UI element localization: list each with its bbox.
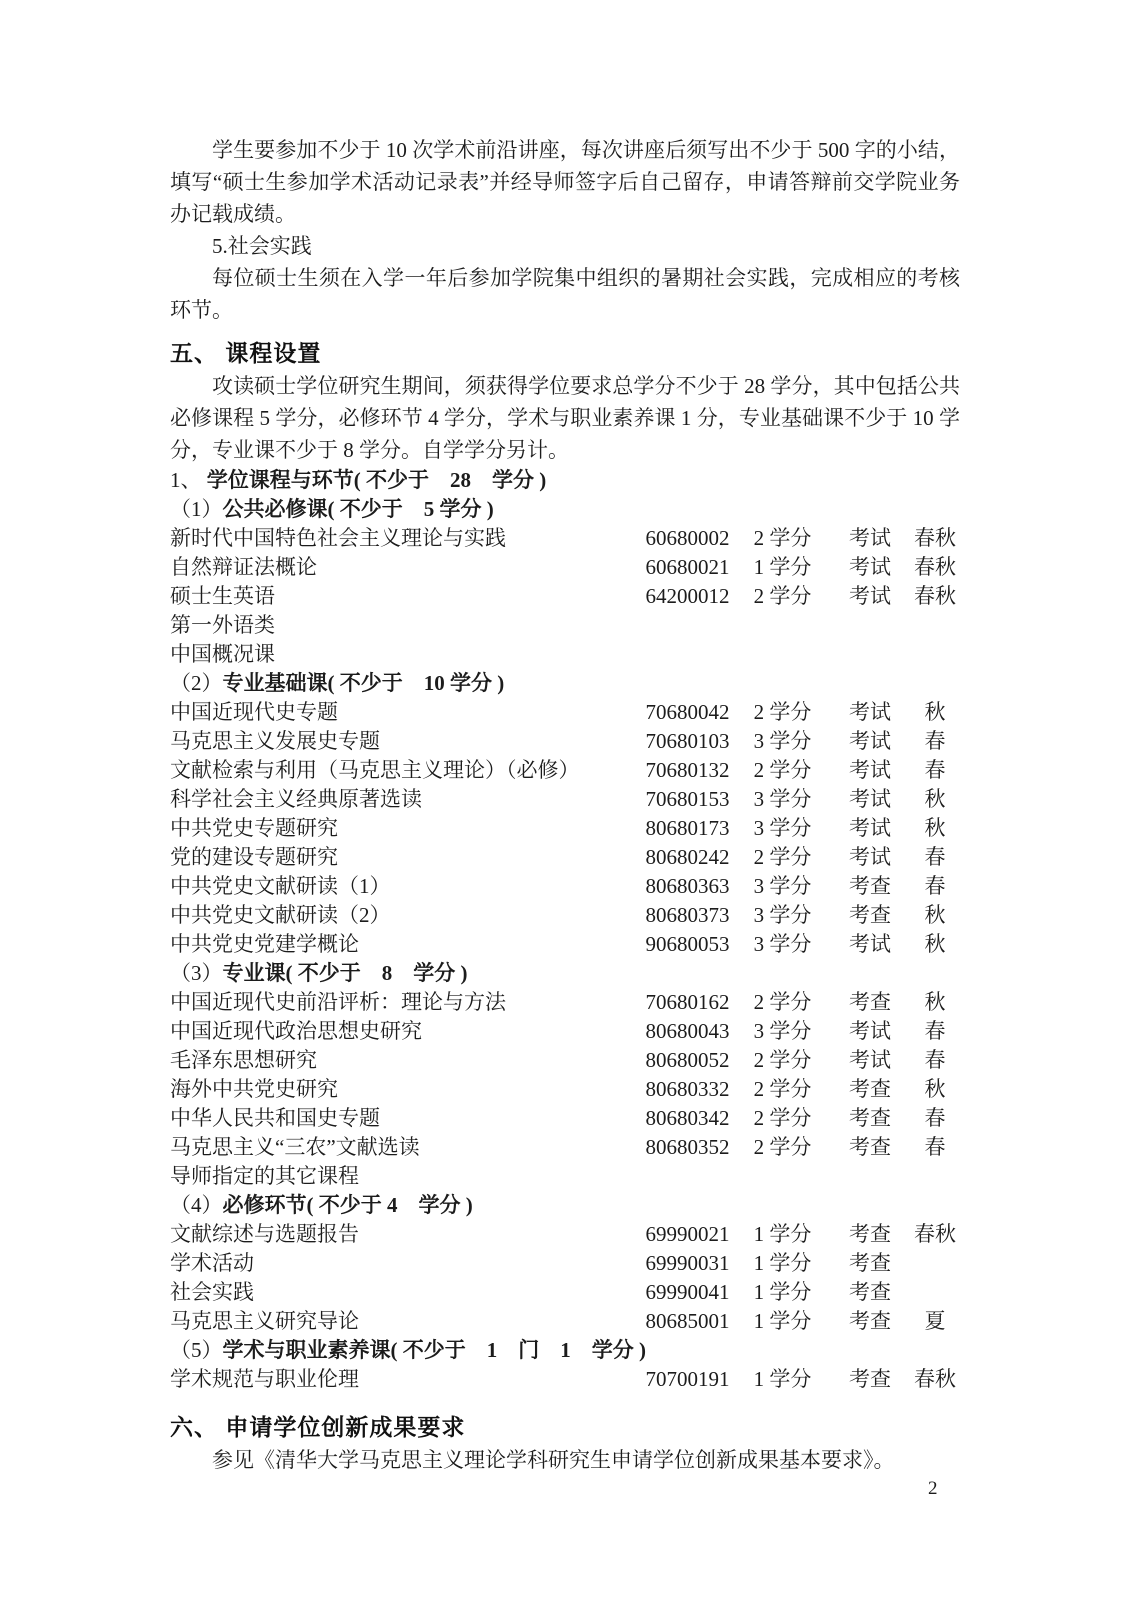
course-credit: 3 学分	[735, 930, 830, 959]
paragraph-credit-overview: 攻读硕士学位研究生期间，须获得学位要求总学分不少于 28 学分，其中包括公共必修…	[170, 370, 960, 466]
course-credit: 2 学分	[735, 524, 830, 553]
course-name: 硕士生英语	[170, 582, 640, 611]
course-term	[910, 1162, 960, 1191]
list-title-degree-courses: 1、 学位课程与环节( 不少于 28 学分 )	[170, 466, 960, 495]
course-credit: 3 学分	[735, 814, 830, 843]
course-row: 新时代中国特色社会主义理论与实践606800022 学分考试春秋	[170, 524, 960, 553]
course-term: 春	[910, 1104, 960, 1133]
course-name: 马克思主义“三农”文献选读	[170, 1133, 640, 1162]
course-assess	[830, 640, 910, 669]
course-term: 春	[910, 756, 960, 785]
subsection-prefix: （3）	[170, 961, 223, 985]
course-code: 70680162	[640, 988, 735, 1017]
subsection-title: 公共必修课( 不少于 5 学分 )	[223, 497, 494, 521]
course-assess: 考查	[830, 1075, 910, 1104]
course-row: 第一外语类	[170, 611, 960, 640]
course-term: 春秋	[910, 582, 960, 611]
course-term: 秋	[910, 1075, 960, 1104]
course-row: 中共党史文献研读（1）806803633 学分考查春	[170, 872, 960, 901]
course-area: 1、 学位课程与环节( 不少于 28 学分 ) （1）公共必修课( 不少于 5 …	[170, 466, 960, 1394]
course-assess: 考查	[830, 1104, 910, 1133]
subsection-title: 必修环节( 不少于 4 学分 )	[223, 1193, 473, 1217]
subsection-title: 专业课( 不少于 8 学分 )	[223, 961, 468, 985]
course-row: 毛泽东思想研究806800522 学分考试春	[170, 1046, 960, 1075]
course-code	[640, 611, 735, 640]
course-code: 70680153	[640, 785, 735, 814]
course-term: 秋	[910, 901, 960, 930]
course-row: 硕士生英语642000122 学分考试春秋	[170, 582, 960, 611]
course-term	[910, 1278, 960, 1307]
course-assess: 考查	[830, 988, 910, 1017]
course-code: 80680242	[640, 843, 735, 872]
list-item-5-social-practice: 5.社会实践	[170, 230, 960, 262]
course-row: 社会实践699900411 学分考查	[170, 1278, 960, 1307]
course-code: 60680002	[640, 524, 735, 553]
course-row: 中国近现代政治思想史研究806800433 学分考试春	[170, 1017, 960, 1046]
course-term: 春	[910, 1133, 960, 1162]
course-credit: 3 学分	[735, 872, 830, 901]
course-term: 秋	[910, 988, 960, 1017]
subsection-heading: （2）专业基础课( 不少于 10 学分 )	[170, 669, 960, 698]
course-name: 社会实践	[170, 1278, 640, 1307]
course-row: 马克思主义发展史专题706801033 学分考试春	[170, 727, 960, 756]
course-code: 80680342	[640, 1104, 735, 1133]
course-assess: 考查	[830, 1220, 910, 1249]
course-assess: 考查	[830, 1278, 910, 1307]
course-row: 中共党史文献研读（2）806803733 学分考查秋	[170, 901, 960, 930]
course-name: 中国近现代史专题	[170, 698, 640, 727]
course-credit	[735, 1162, 830, 1191]
subsection-heading: （5）学术与职业素养课( 不少于 1 门 1 学分 )	[170, 1336, 960, 1365]
course-name: 中国概况课	[170, 640, 640, 669]
course-assess: 考试	[830, 843, 910, 872]
course-name: 第一外语类	[170, 611, 640, 640]
course-name: 马克思主义发展史专题	[170, 727, 640, 756]
course-row: 党的建设专题研究806802422 学分考试春	[170, 843, 960, 872]
course-assess: 考试	[830, 1046, 910, 1075]
course-credit: 1 学分	[735, 1278, 830, 1307]
course-term: 春	[910, 843, 960, 872]
course-term	[910, 1249, 960, 1278]
course-credit: 3 学分	[735, 901, 830, 930]
subsection-title: 专业基础课( 不少于 10 学分 )	[223, 671, 505, 695]
list-title-text: 学位课程与环节( 不少于 28 学分 )	[207, 468, 547, 492]
course-name: 中共党史文献研读（2）	[170, 901, 640, 930]
course-row: 中国概况课	[170, 640, 960, 669]
subsection-prefix: （4）	[170, 1193, 223, 1217]
course-term: 春秋	[910, 524, 960, 553]
course-code: 70680103	[640, 727, 735, 756]
course-code: 64200012	[640, 582, 735, 611]
course-term	[910, 640, 960, 669]
course-credit: 2 学分	[735, 843, 830, 872]
course-row: 马克思主义研究导论806850011 学分考查夏	[170, 1307, 960, 1336]
course-assess: 考查	[830, 1365, 910, 1394]
course-code: 70680132	[640, 756, 735, 785]
subsection-prefix: （5）	[170, 1338, 223, 1362]
course-name: 学术规范与职业伦理	[170, 1365, 640, 1394]
course-credit: 2 学分	[735, 1133, 830, 1162]
course-code: 80680352	[640, 1133, 735, 1162]
course-term: 春秋	[910, 1220, 960, 1249]
course-code: 70700191	[640, 1365, 735, 1394]
course-assess: 考试	[830, 814, 910, 843]
course-row: 中共党史专题研究806801733 学分考试秋	[170, 814, 960, 843]
document-page: 学生要参加不少于 10 次学术前沿讲座，每次讲座后须写出不少于 500 字的小结…	[0, 0, 1131, 1600]
paragraph-social-practice: 每位硕士生须在入学一年后参加学院集中组织的暑期社会实践，完成相应的考核环节。	[170, 262, 960, 326]
course-credit	[735, 640, 830, 669]
course-credit: 2 学分	[735, 1104, 830, 1133]
course-assess	[830, 1162, 910, 1191]
course-row: 中共党史党建学概论906800533 学分考试秋	[170, 930, 960, 959]
paragraph-lecture-requirement: 学生要参加不少于 10 次学术前沿讲座，每次讲座后须写出不少于 500 字的小结…	[170, 134, 960, 230]
course-assess: 考试	[830, 930, 910, 959]
course-term: 夏	[910, 1307, 960, 1336]
course-credit: 1 学分	[735, 1249, 830, 1278]
course-assess: 考试	[830, 785, 910, 814]
course-row: 文献综述与选题报告699900211 学分考查春秋	[170, 1220, 960, 1249]
course-name: 导师指定的其它课程	[170, 1162, 640, 1191]
subsection-heading: （3）专业课( 不少于 8 学分 )	[170, 959, 960, 988]
course-assess: 考试	[830, 524, 910, 553]
course-name: 海外中共党史研究	[170, 1075, 640, 1104]
course-assess: 考试	[830, 756, 910, 785]
subsection-prefix: （1）	[170, 497, 223, 521]
course-term: 春	[910, 1017, 960, 1046]
course-code: 80680173	[640, 814, 735, 843]
course-code: 70680042	[640, 698, 735, 727]
course-row: 导师指定的其它课程	[170, 1162, 960, 1191]
course-term: 春	[910, 872, 960, 901]
course-credit: 2 学分	[735, 582, 830, 611]
course-row: 自然辩证法概论606800211 学分考试春秋	[170, 553, 960, 582]
course-assess: 考查	[830, 901, 910, 930]
course-term: 春	[910, 1046, 960, 1075]
course-name: 党的建设专题研究	[170, 843, 640, 872]
course-code: 90680053	[640, 930, 735, 959]
course-sections: （1）公共必修课( 不少于 5 学分 )新时代中国特色社会主义理论与实践6068…	[170, 495, 960, 1394]
course-name: 中国近现代史前沿评析：理论与方法	[170, 988, 640, 1017]
course-assess: 考试	[830, 582, 910, 611]
course-code: 69990021	[640, 1220, 735, 1249]
course-name: 中共党史党建学概论	[170, 930, 640, 959]
course-name: 中共党史专题研究	[170, 814, 640, 843]
subsection-prefix: （2）	[170, 671, 223, 695]
course-credit: 1 学分	[735, 553, 830, 582]
course-term: 秋	[910, 814, 960, 843]
section-heading-6-innovation-requirements: 六、 申请学位创新成果要求	[170, 1410, 960, 1444]
course-assess: 考查	[830, 1249, 910, 1278]
course-code: 60680021	[640, 553, 735, 582]
section-heading-5-curriculum: 五、 课程设置	[170, 336, 960, 370]
course-code: 80685001	[640, 1307, 735, 1336]
course-row: 马克思主义“三农”文献选读806803522 学分考查春	[170, 1133, 960, 1162]
course-name: 中华人民共和国史专题	[170, 1104, 640, 1133]
course-credit: 3 学分	[735, 1017, 830, 1046]
course-credit: 1 学分	[735, 1307, 830, 1336]
course-name: 马克思主义研究导论	[170, 1307, 640, 1336]
course-code: 80680052	[640, 1046, 735, 1075]
course-credit: 3 学分	[735, 727, 830, 756]
course-term: 春	[910, 727, 960, 756]
subsection-heading: （1）公共必修课( 不少于 5 学分 )	[170, 495, 960, 524]
course-code	[640, 640, 735, 669]
course-term: 秋	[910, 930, 960, 959]
course-assess: 考试	[830, 698, 910, 727]
course-name: 科学社会主义经典原著选读	[170, 785, 640, 814]
course-row: 科学社会主义经典原著选读706801533 学分考试秋	[170, 785, 960, 814]
course-code: 69990031	[640, 1249, 735, 1278]
course-code: 80680363	[640, 872, 735, 901]
course-name: 学术活动	[170, 1249, 640, 1278]
course-credit: 2 学分	[735, 988, 830, 1017]
subsection-heading: （4）必修环节( 不少于 4 学分 )	[170, 1191, 960, 1220]
course-credit: 2 学分	[735, 1075, 830, 1104]
course-row: 海外中共党史研究806803322 学分考查秋	[170, 1075, 960, 1104]
subsection-title: 学术与职业素养课( 不少于 1 门 1 学分 )	[223, 1338, 647, 1362]
course-name: 文献综述与选题报告	[170, 1220, 640, 1249]
course-term	[910, 611, 960, 640]
course-assess: 考查	[830, 1307, 910, 1336]
course-name: 新时代中国特色社会主义理论与实践	[170, 524, 640, 553]
course-row: 学术活动699900311 学分考查	[170, 1249, 960, 1278]
course-credit: 2 学分	[735, 1046, 830, 1075]
page-number: 2	[928, 1478, 938, 1500]
course-assess: 考查	[830, 1133, 910, 1162]
course-name: 文献检索与利用（马克思主义理论）（必修）	[170, 756, 640, 785]
course-name: 中共党史文献研读（1）	[170, 872, 640, 901]
course-assess: 考试	[830, 553, 910, 582]
course-code	[640, 1162, 735, 1191]
course-code: 80680043	[640, 1017, 735, 1046]
course-credit	[735, 611, 830, 640]
course-credit: 2 学分	[735, 756, 830, 785]
course-row: 文献检索与利用（马克思主义理论）（必修）706801322 学分考试春	[170, 756, 960, 785]
course-credit: 1 学分	[735, 1365, 830, 1394]
course-code: 69990041	[640, 1278, 735, 1307]
course-row: 中国近现代史专题706800422 学分考试秋	[170, 698, 960, 727]
course-term: 秋	[910, 698, 960, 727]
course-assess: 考试	[830, 1017, 910, 1046]
paragraph-innovation-reference: 参见《清华大学马克思主义理论学科研究生申请学位创新成果基本要求》。	[170, 1444, 960, 1476]
course-name: 毛泽东思想研究	[170, 1046, 640, 1075]
course-credit: 3 学分	[735, 785, 830, 814]
course-row: 中华人民共和国史专题806803422 学分考查春	[170, 1104, 960, 1133]
course-name: 自然辩证法概论	[170, 553, 640, 582]
course-term: 秋	[910, 785, 960, 814]
course-assess	[830, 611, 910, 640]
course-code: 80680373	[640, 901, 735, 930]
course-assess: 考试	[830, 727, 910, 756]
course-credit: 1 学分	[735, 1220, 830, 1249]
list-title-prefix: 1、	[170, 468, 202, 492]
course-credit: 2 学分	[735, 698, 830, 727]
course-name: 中国近现代政治思想史研究	[170, 1017, 640, 1046]
course-code: 80680332	[640, 1075, 735, 1104]
course-row: 中国近现代史前沿评析：理论与方法706801622 学分考查秋	[170, 988, 960, 1017]
course-term: 春秋	[910, 553, 960, 582]
course-row: 学术规范与职业伦理707001911 学分考查春秋	[170, 1365, 960, 1394]
course-assess: 考查	[830, 872, 910, 901]
course-term: 春秋	[910, 1365, 960, 1394]
